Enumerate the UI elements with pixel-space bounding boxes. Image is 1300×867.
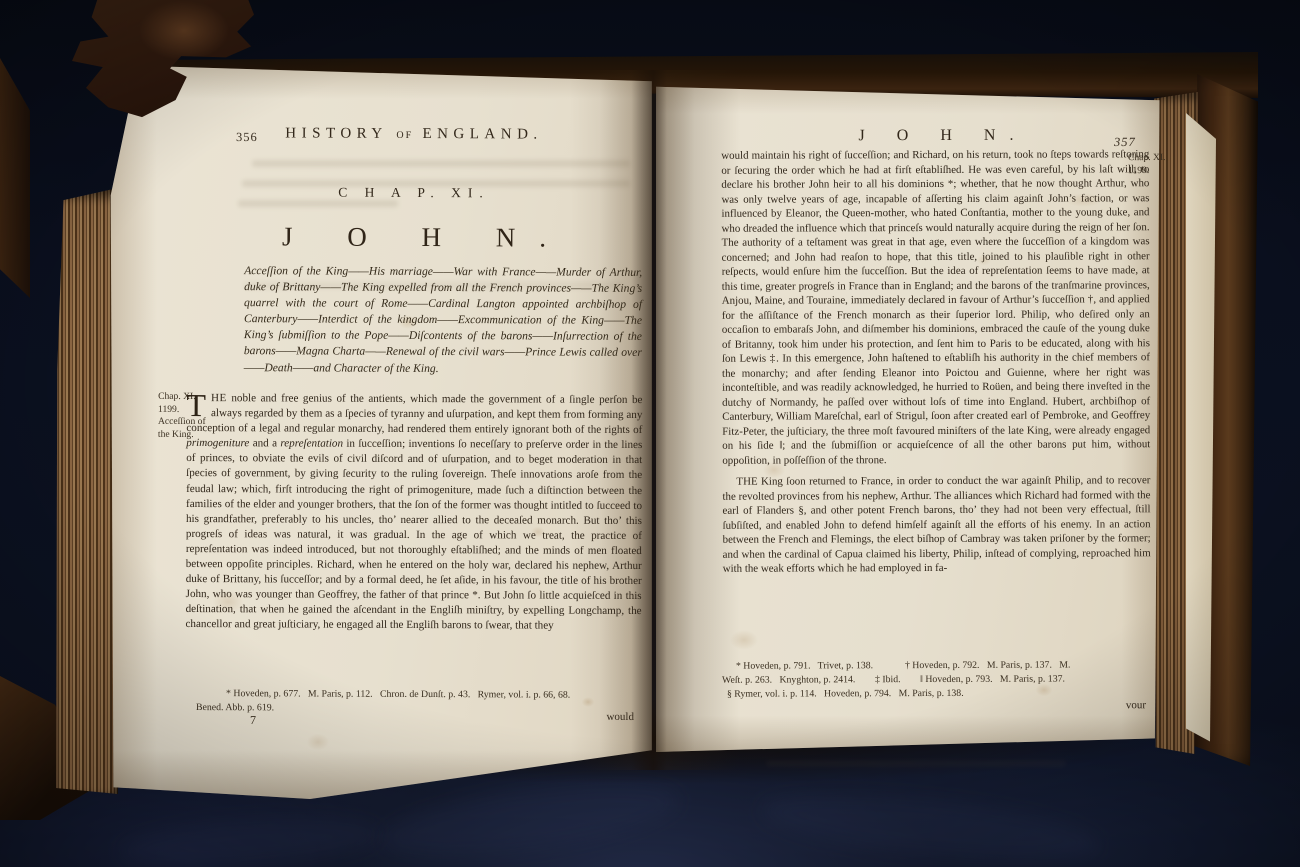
chapter-title-text: J O H N. xyxy=(282,221,570,252)
showthrough-line xyxy=(238,200,398,207)
chapter-argument-text: Acceſſion of the King——His marriage——War… xyxy=(244,264,642,374)
open-book-photo: 356 HISTORY OF ENGLAND. C H A P. XI. J O… xyxy=(0,0,1300,867)
chapter-argument: Acceſſion of the King——His marriage——War… xyxy=(244,263,642,377)
chapter-title: J O H N. xyxy=(186,221,642,254)
left-running-header: HISTORY OF ENGLAND. xyxy=(186,125,642,144)
right-paragraph-2: THE King ſoon returned to France, in ord… xyxy=(722,473,1150,576)
right-footnotes: * Hoveden, p. 791. Trivet, p. 138. † Hov… xyxy=(722,658,1152,701)
running-header-word: ENGLAND. xyxy=(422,126,542,143)
chapter-heading-text: C H A P. XI. xyxy=(338,185,490,201)
right-running-header: J O H N. xyxy=(722,126,1150,145)
left-catchword: would xyxy=(186,709,634,723)
right-running-header-text: J O H N. xyxy=(859,127,1028,145)
right-body: would maintain his right of ſucceſſion; … xyxy=(721,147,1150,576)
right-catchword-text: vour xyxy=(1126,699,1146,711)
left-fore-edge-pages xyxy=(56,188,118,794)
drop-cap: T xyxy=(186,391,211,418)
showthrough-line xyxy=(252,160,630,167)
lead-caps: HE xyxy=(211,392,227,404)
left-body-paragraph: THE noble and free genius of the antient… xyxy=(185,391,642,634)
left-catchword-text: would xyxy=(606,711,634,723)
right-paragraph-1: would maintain his right of ſucceſſion; … xyxy=(721,147,1150,467)
left-body-text: noble and free genius of the antients, w… xyxy=(185,392,642,632)
running-header-word: HISTORY xyxy=(285,125,387,141)
running-header-of: OF xyxy=(396,130,413,141)
showthrough-line xyxy=(766,760,1066,767)
right-catchword: vour xyxy=(722,699,1146,712)
chapter-heading: C H A P. XI. xyxy=(186,184,642,202)
velvet-fold xyxy=(119,811,382,867)
book-cover-left-sliver xyxy=(0,58,30,298)
